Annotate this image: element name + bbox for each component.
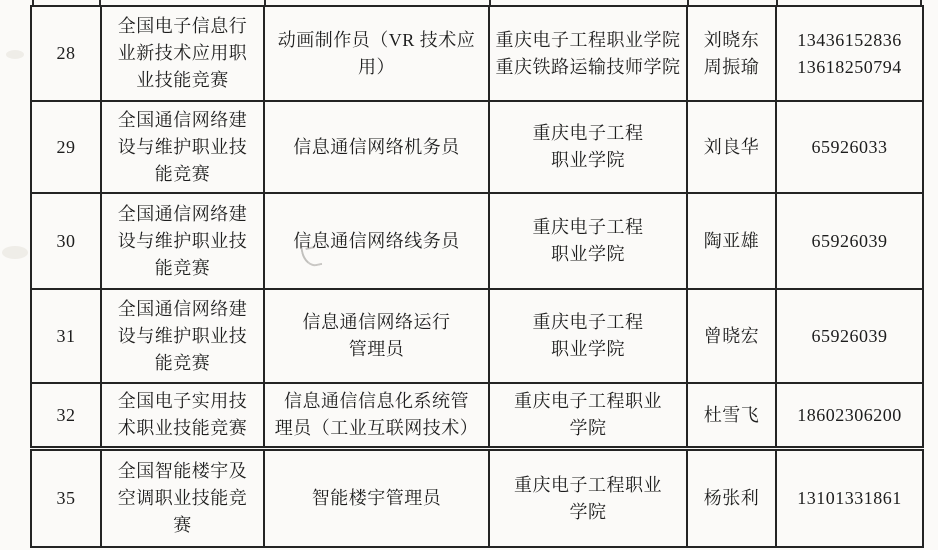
competition-name-cell: 全国智能楼宇及 空调职业技能竞 赛 (101, 450, 264, 547)
contact-person-cell: 曾晓宏 (687, 289, 776, 383)
row-number-cell: 29 (31, 101, 101, 193)
competition-contact-table: 28 全国电子信息行 业新技术应用职 业技能竞赛 动画制作员（VR 技术应 用）… (30, 5, 924, 448)
scan-artifact (2, 246, 28, 259)
table-row: 32 全国电子实用技 术职业技能竞赛 信息通信信息化系统管 理员（工业互联网技术… (31, 383, 923, 447)
phone-number-cell: 13101331861 (776, 450, 923, 547)
phone-number-cell: 65926039 (776, 289, 923, 383)
competition-name-cell: 全国电子信息行 业新技术应用职 业技能竞赛 (101, 6, 264, 101)
institution-cell: 重庆电子工程职业 学院 (489, 383, 687, 447)
occupation-cell: 信息通信网络线务员 (264, 193, 489, 289)
institution-cell: 重庆电子工程职业 学院 (489, 450, 687, 547)
competition-name-cell: 全国通信网络建 设与维护职业技 能竞赛 (101, 289, 264, 383)
institution-cell: 重庆电子工程 职业学院 (489, 193, 687, 289)
row-number-cell: 31 (31, 289, 101, 383)
table-row: 31 全国通信网络建 设与维护职业技 能竞赛 信息通信网络运行 管理员 重庆电子… (31, 289, 923, 383)
contact-person-cell: 刘晓东 周振瑜 (687, 6, 776, 101)
scan-artifact (6, 50, 24, 59)
row-number-cell: 30 (31, 193, 101, 289)
contact-person-cell: 杜雪飞 (687, 383, 776, 447)
institution-cell: 重庆电子工程 职业学院 (489, 289, 687, 383)
institution-cell: 重庆电子工程职业学院 重庆铁路运输技师学院 (489, 6, 687, 101)
occupation-cell: 信息通信网络机务员 (264, 101, 489, 193)
contact-person-cell: 杨张利 (687, 450, 776, 547)
contact-person-cell: 刘良华 (687, 101, 776, 193)
phone-number-cell: 13436152836 13618250794 (776, 6, 923, 101)
competition-name-cell: 全国通信网络建 设与维护职业技 能竞赛 (101, 193, 264, 289)
table-row: 28 全国电子信息行 业新技术应用职 业技能竞赛 动画制作员（VR 技术应 用）… (31, 6, 923, 101)
occupation-cell: 动画制作员（VR 技术应 用） (264, 6, 489, 101)
phone-number-cell: 18602306200 (776, 383, 923, 447)
phone-number-cell: 65926039 (776, 193, 923, 289)
occupation-cell: 信息通信网络运行 管理员 (264, 289, 489, 383)
row-number-cell: 35 (31, 450, 101, 547)
table-row: 29 全国通信网络建 设与维护职业技 能竞赛 信息通信网络机务员 重庆电子工程 … (31, 101, 923, 193)
row-number-cell: 28 (31, 6, 101, 101)
occupation-cell: 信息通信信息化系统管 理员（工业互联网技术） (264, 383, 489, 447)
contact-person-cell: 陶亚雄 (687, 193, 776, 289)
table-row: 30 全国通信网络建 设与维护职业技 能竞赛 信息通信网络线务员 重庆电子工程 … (31, 193, 923, 289)
competition-contact-table-continued: 35 全国智能楼宇及 空调职业技能竞 赛 智能楼宇管理员 重庆电子工程职业 学院… (30, 449, 924, 548)
competition-name-cell: 全国电子实用技 术职业技能竞赛 (101, 383, 264, 447)
institution-cell: 重庆电子工程 职业学院 (489, 101, 687, 193)
table-row: 35 全国智能楼宇及 空调职业技能竞 赛 智能楼宇管理员 重庆电子工程职业 学院… (31, 450, 923, 547)
occupation-cell: 智能楼宇管理员 (264, 450, 489, 547)
competition-name-cell: 全国通信网络建 设与维护职业技 能竞赛 (101, 101, 264, 193)
scanned-document-page: 28 全国电子信息行 业新技术应用职 业技能竞赛 动画制作员（VR 技术应 用）… (0, 0, 938, 550)
row-number-cell: 32 (31, 383, 101, 447)
phone-number-cell: 65926033 (776, 101, 923, 193)
